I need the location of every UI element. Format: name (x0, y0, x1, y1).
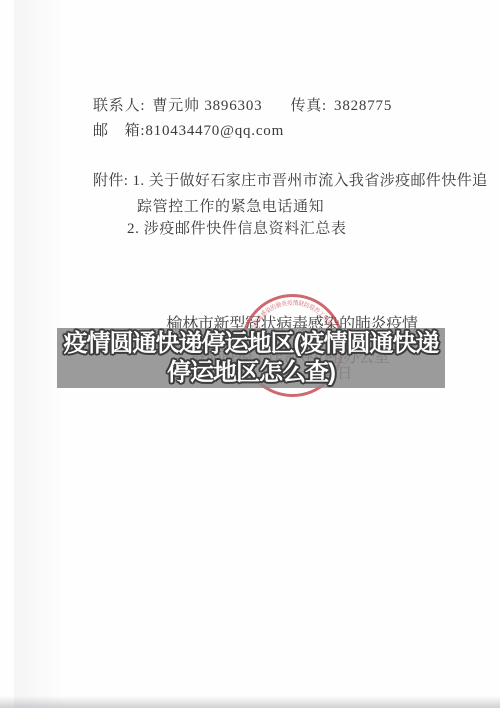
contact-line: 联系人:曹元帅 3896303传真:3828775 (93, 94, 392, 115)
caption-banner: 疫情圆通快递停运地区(疫情圆通快递 停运地区怎么查) (57, 328, 445, 388)
email-value: 810434470@qq.com (145, 123, 284, 139)
email-line: 邮 箱:810434470@qq.com (93, 119, 284, 140)
caption-text: 疫情圆通快递停运地区(疫情圆通快递 停运地区怎么查) (57, 329, 445, 387)
fax-label: 传真: (290, 98, 327, 114)
scanned-document-page: 联系人:曹元帅 3896303传真:3828775 邮 箱:810434470@… (0, 0, 500, 708)
fax-value: 3828775 (334, 98, 392, 114)
caption-line-2: 停运地区怎么查) (57, 358, 445, 387)
contact-person-label: 联系人: (93, 98, 145, 114)
caption-line-1: 疫情圆通快递停运地区(疫情圆通快递 (57, 329, 445, 358)
attachment-line-2: 踪管控工作的紧急电话通知 (137, 195, 324, 216)
page-bottom-shadow (0, 696, 500, 708)
email-label: 邮 箱: (93, 123, 145, 139)
attachment-line-3: 2. 涉疫邮件快件信息资料汇总表 (127, 217, 347, 238)
attachment-line-1: 附件: 1. 关于做好石家庄市晋州市流入我省涉疫邮件快件追 (93, 169, 488, 190)
contact-person-value: 曹元帅 3896303 (152, 98, 262, 114)
